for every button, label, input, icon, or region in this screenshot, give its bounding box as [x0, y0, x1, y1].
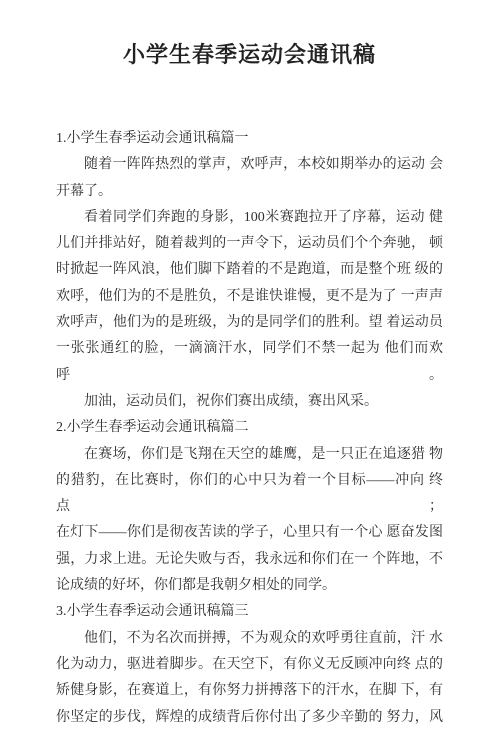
text-line: 在赛场，你们是飞翔在天空的雄鹰，是一只正在追逐猎 物 [56, 442, 443, 468]
text-line: 矫健身影，在赛道上，有你努力拼搏落下的汗水，在脚 下，有 [56, 678, 443, 704]
text-line: 的猎豹，在比赛时，你们的心中只为着一个目标——冲向 终点； [56, 468, 443, 521]
text-line: 欢呼声，他们为的是班级，为的是同学们的胜利。望 着运动员 [56, 310, 443, 336]
text-line: 化为动力，驱进着脚步。在天空下，有你义无反顾冲向终 点的 [56, 652, 443, 678]
document-page: 小学生春季运动会通讯稿 1.小学生春季运动会通讯稿篇一 随着一阵阵热烈的掌声，欢… [0, 0, 500, 732]
text-line: 一张张通红的脸，一滴滴汗水，同学们不禁一起为 他们而欢呼。 [56, 336, 443, 389]
text-line: 强，力求上进。无论失败与否，我永远和你们在一 个阵地，不 [56, 547, 443, 573]
text-line: 论成绩的好坏，你们都是我朝夕相处的同学。 [56, 573, 443, 599]
text-line: 你坚定的步伐，辉煌的成绩背后你付出了多少辛勤的 努力，风 [56, 705, 443, 731]
text-line: 他们，不为名次而拼搏，不为观众的欢呼勇往直前，汗 水 [56, 626, 443, 652]
section-heading-3: 3.小学生春季运动会通讯稿篇三 [56, 599, 443, 625]
text-line: 在灯下——你们是彻夜苦读的学子，心里只有一个心 愿奋发图 [56, 520, 443, 546]
text-line: 开幕了。 [56, 179, 443, 205]
text-line: 随着一阵阵热烈的掌声，欢呼声，本校如期举办的运动 会 [56, 152, 443, 178]
text-line: 儿们并排站好，随着裁判的一声令下，运动员们个个奔驰， 顿 [56, 231, 443, 257]
text-line: 欢呼，他们为的不是胜负，不是谁快谁慢，更不是为了 一声声 [56, 284, 443, 310]
text-line: 时掀起一阵风浪，他们脚下踏着的不是跑道，而是整个班 级的 [56, 257, 443, 283]
text-line: 看着同学们奔跑的身影，100米赛跑拉开了序幕，运动 健 [56, 205, 443, 231]
section-heading-1: 1.小学生春季运动会通讯稿篇一 [56, 126, 443, 152]
section-heading-2: 2.小学生春季运动会通讯稿篇二 [56, 415, 443, 441]
document-title: 小学生春季运动会通讯稿 [56, 42, 443, 68]
text-line: 加油，运动员们，祝你们赛出成绩，赛出风采。 [56, 389, 443, 415]
document-body: 1.小学生春季运动会通讯稿篇一 随着一阵阵热烈的掌声，欢呼声，本校如期举办的运动… [56, 126, 443, 731]
